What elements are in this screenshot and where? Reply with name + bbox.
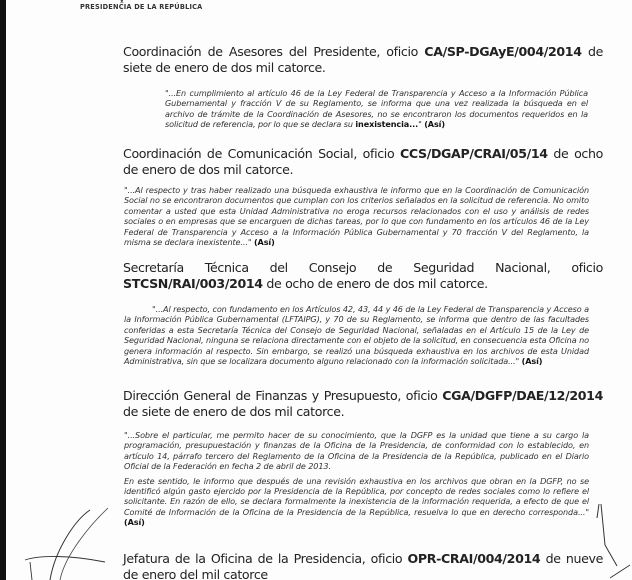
oficio-number: CGA/DGFP/DAE/12/2014 bbox=[442, 388, 603, 403]
oficio-number: CA/SP-DGAyE/004/2014 bbox=[424, 44, 581, 59]
section-lead: Jefatura de la Oficina de la Presidencia… bbox=[123, 551, 603, 580]
asi-marker: (Así) bbox=[522, 356, 543, 366]
section-lead: Secretaría Técnica del Consejo de Seguri… bbox=[123, 260, 603, 292]
scan-left-edge bbox=[0, 0, 6, 580]
signature-right-icon bbox=[595, 500, 632, 580]
asi-marker: (Así) bbox=[254, 237, 275, 247]
section-lead: Coordinación de Comunicación Social, ofi… bbox=[123, 146, 603, 178]
section-lead: Dirección General de Finanzas y Presupue… bbox=[123, 388, 603, 420]
institution-header: PRESIDENCIA DE LA REPÚBLICA bbox=[80, 3, 202, 11]
section-asesores: Coordinación de Asesores del Presidente,… bbox=[123, 44, 603, 76]
section-seguridad-nacional: Secretaría Técnica del Consejo de Seguri… bbox=[123, 260, 603, 292]
quote-paragraph: "...Al respecto y tras haber realizado u… bbox=[124, 185, 589, 247]
section-lead: Coordinación de Asesores del Presidente,… bbox=[123, 44, 603, 76]
section-jefatura: Jefatura de la Oficina de la Presidencia… bbox=[123, 551, 603, 580]
quote-asesores: "...En cumplimiento al artículo 46 de la… bbox=[165, 88, 588, 134]
section-comunicacion-social: Coordinación de Comunicación Social, ofi… bbox=[123, 146, 603, 178]
quote-comunicacion-social: "...Al respecto y tras haber realizado u… bbox=[124, 185, 589, 251]
signature-left-icon bbox=[20, 500, 110, 580]
oficio-number: OPR-CRAI/004/2014 bbox=[408, 551, 541, 566]
oficio-number: STCSN/RAI/003/2014 bbox=[123, 276, 263, 291]
quote-paragraph: En este sentido, le informo que después … bbox=[124, 476, 589, 528]
section-finanzas: Dirección General de Finanzas y Presupue… bbox=[123, 388, 603, 420]
quote-seguridad-nacional: "...Al respecto, con fundamento en los A… bbox=[124, 304, 589, 370]
quote-finanzas: "...Sobre el particular, me permito hace… bbox=[124, 430, 589, 532]
quote-paragraph: "...En cumplimiento al artículo 46 de la… bbox=[165, 88, 588, 130]
asi-marker: (Así) bbox=[124, 517, 145, 527]
asi-marker: (Así) bbox=[424, 119, 445, 129]
quote-paragraph: "...Al respecto, con fundamento en los A… bbox=[124, 304, 589, 366]
quote-paragraph: "...Sobre el particular, me permito hace… bbox=[124, 430, 589, 472]
oficio-number: CCS/DGAP/CRAI/05/14 bbox=[400, 146, 548, 161]
